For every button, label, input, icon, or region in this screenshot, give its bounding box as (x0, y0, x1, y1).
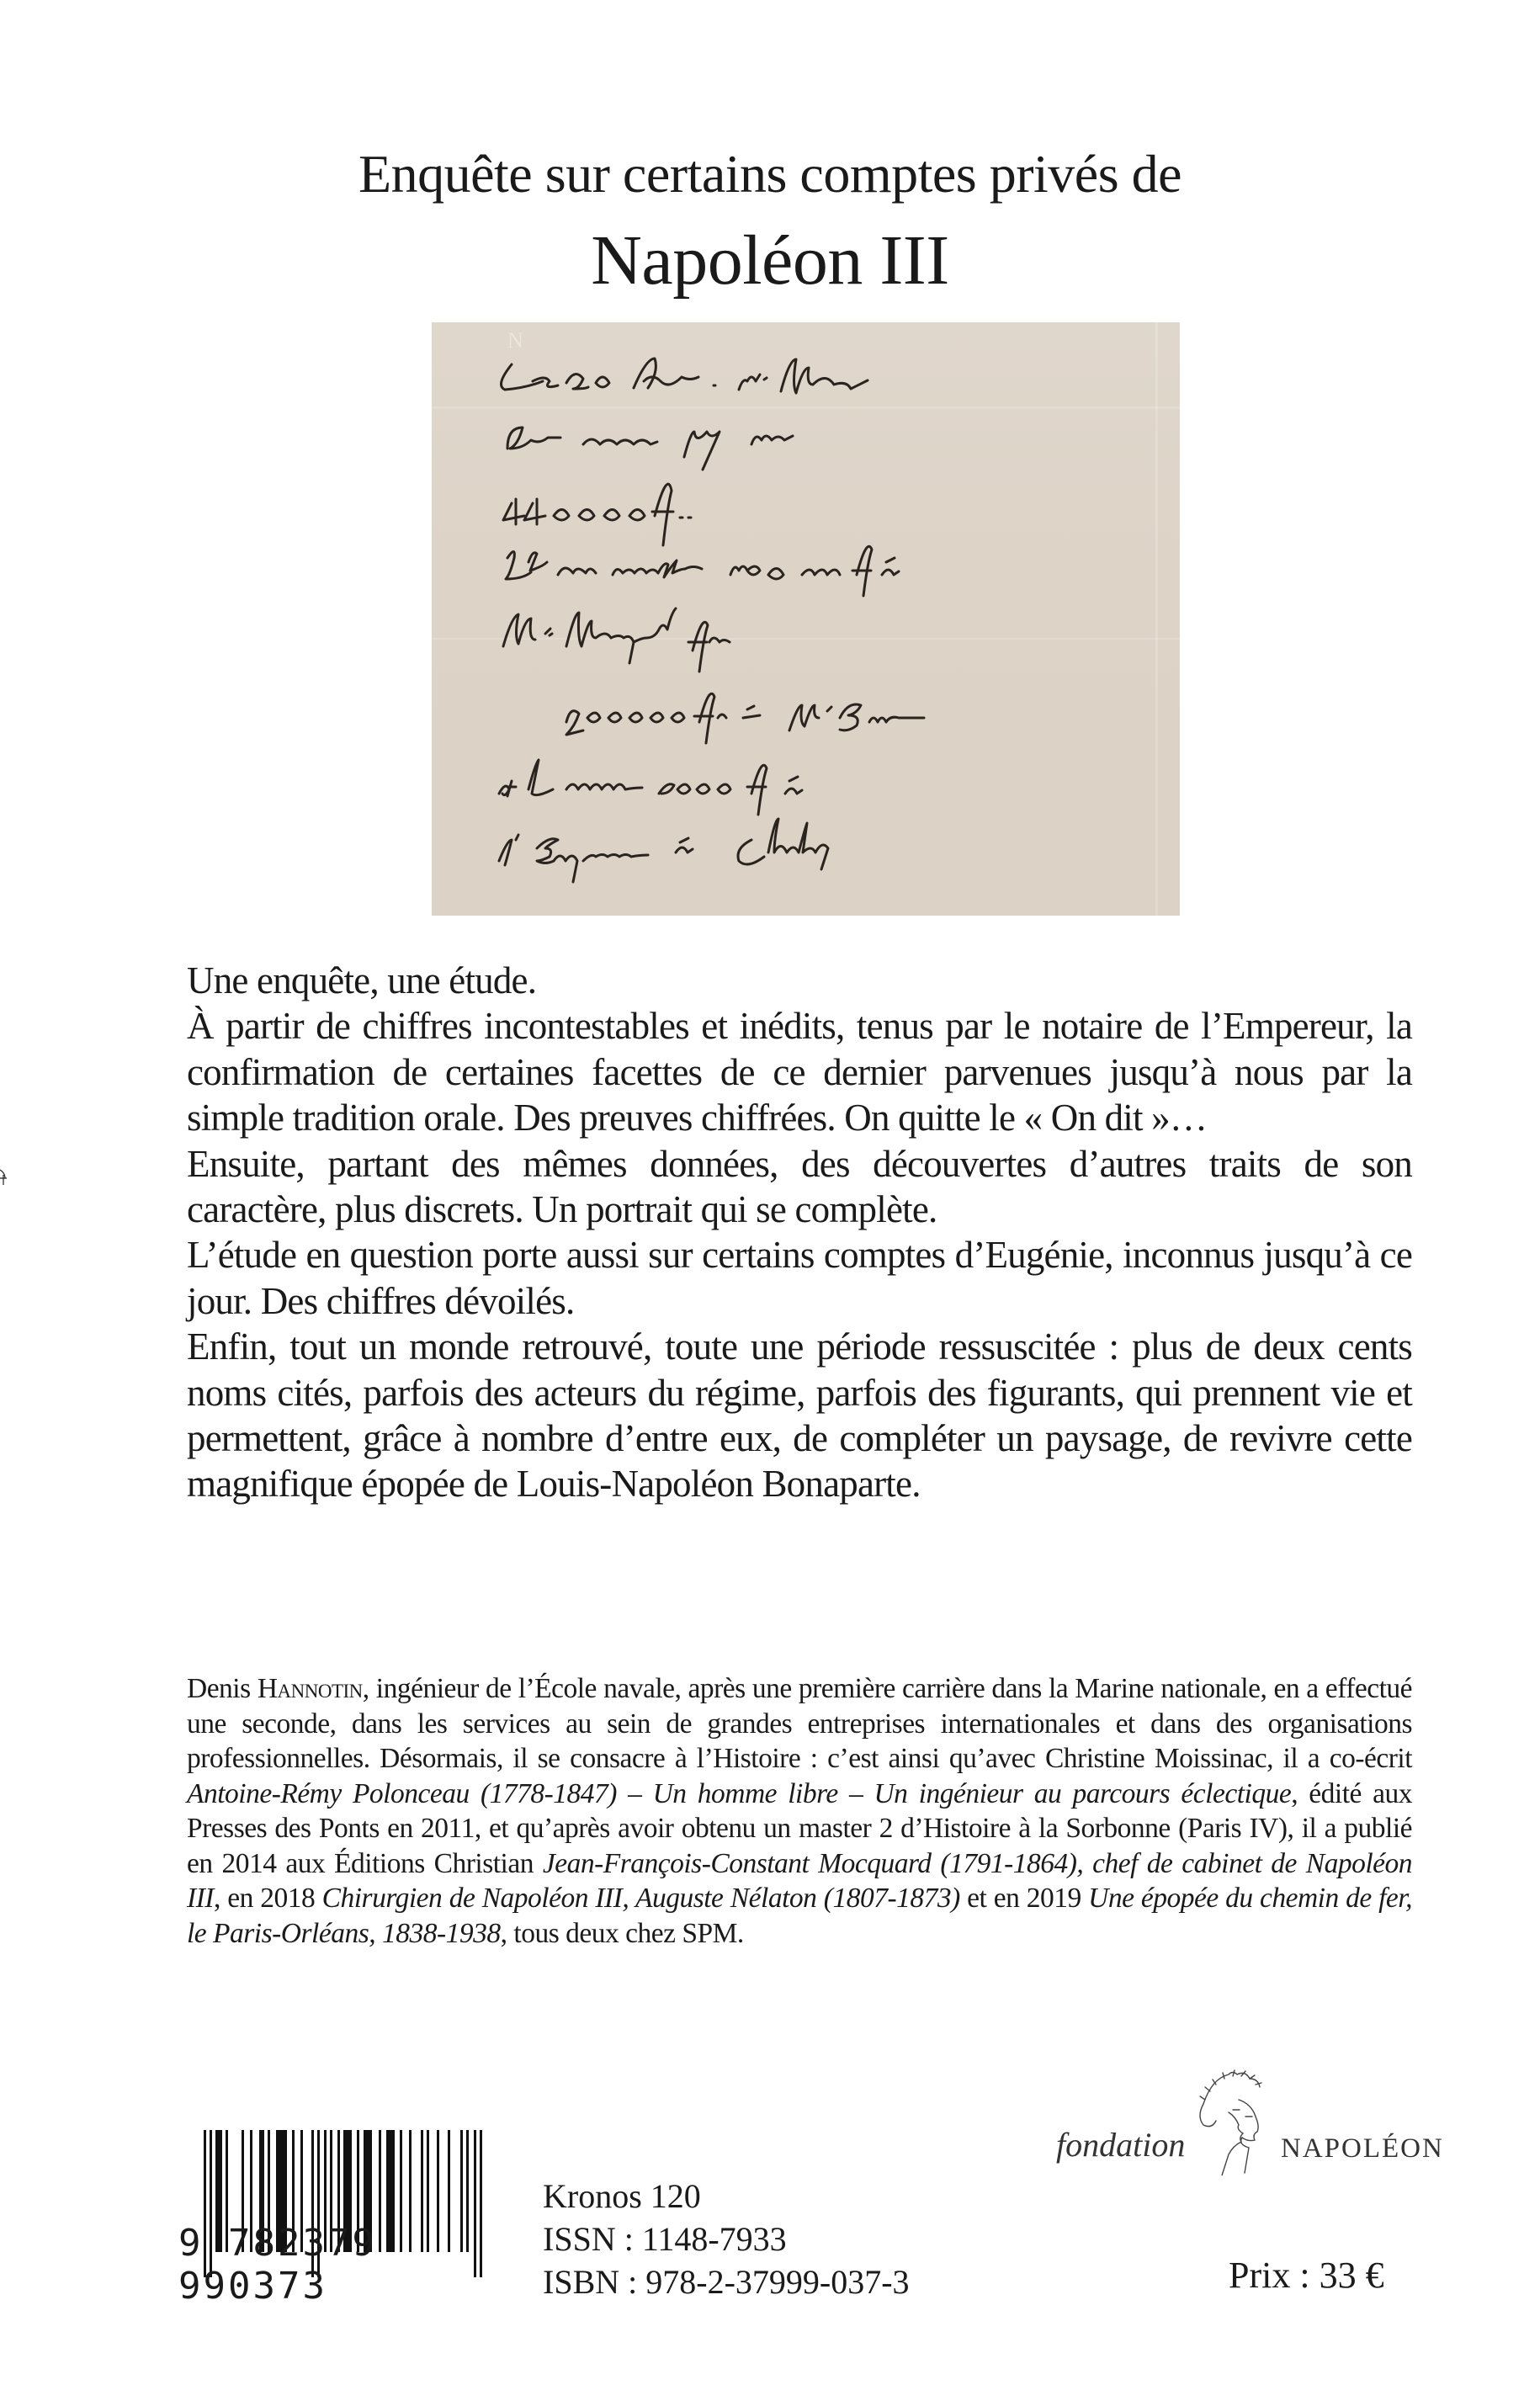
price-label: Prix : 33 € (1229, 2254, 1384, 2297)
isbn-label: ISBN : 978-2-37999-037-3 (543, 2260, 910, 2303)
logo-word-fondation: fondation (1056, 2125, 1185, 2165)
author-bio: Denis Hannotin, ingénieur de l’École nav… (187, 1671, 1412, 1951)
publication-info: Kronos 120 ISSN : 1148-7933 ISBN : 978-2… (543, 2175, 910, 2303)
blurb-text: Une enquête, une étude. À partir de chif… (187, 958, 1412, 1507)
handwriting-icon: N (432, 322, 1180, 916)
crop-mark-icon (0, 1166, 12, 1185)
author-bio-paragraph: Denis Hannotin, ingénieur de l’École nav… (187, 1671, 1412, 1951)
blurb-paragraph: Enfin, tout un monde retrouvé, toute une… (187, 1324, 1412, 1507)
subtitle: Enquête sur certains comptes privés de (0, 147, 1540, 201)
bio-text: et en 2019 (960, 1883, 1088, 1914)
author-first-name: Denis (187, 1673, 258, 1704)
logo-word-napoleon: NAPOLÉON (1281, 2133, 1444, 2165)
bio-text: , en 2018 (214, 1883, 322, 1914)
issn-label: ISSN : 1148-7933 (543, 2218, 910, 2260)
blurb-paragraph: À partir de chiffres incontestables et i… (187, 1003, 1412, 1140)
bio-text: , tous deux chez SPM. (501, 1918, 744, 1949)
laureled-profiles-icon (1187, 2066, 1279, 2175)
blurb-paragraph: Ensuite, partant des mêmes données, des … (187, 1141, 1412, 1233)
barcode-number: 9 782379 990373 (178, 2222, 498, 2272)
bio-text: , ingénieur de l’École navale, après une… (187, 1673, 1412, 1774)
book-title: Napoléon III (0, 226, 1540, 296)
handwritten-letter-image: N (432, 322, 1180, 916)
blurb-paragraph: Une enquête, une étude. (187, 958, 1412, 1003)
blurb-paragraph: L’étude en question porte aussi sur cert… (187, 1232, 1412, 1324)
series-label: Kronos 120 (543, 2175, 910, 2218)
author-last-name: Hannotin (258, 1673, 363, 1704)
book-title-3: Chirurgien de Napoléon III, Auguste Néla… (322, 1883, 960, 1914)
svg-text:N: N (507, 328, 523, 353)
book-title-1: Antoine-Rémy Polonceau (1778-1847) – Un … (187, 1778, 1291, 1809)
